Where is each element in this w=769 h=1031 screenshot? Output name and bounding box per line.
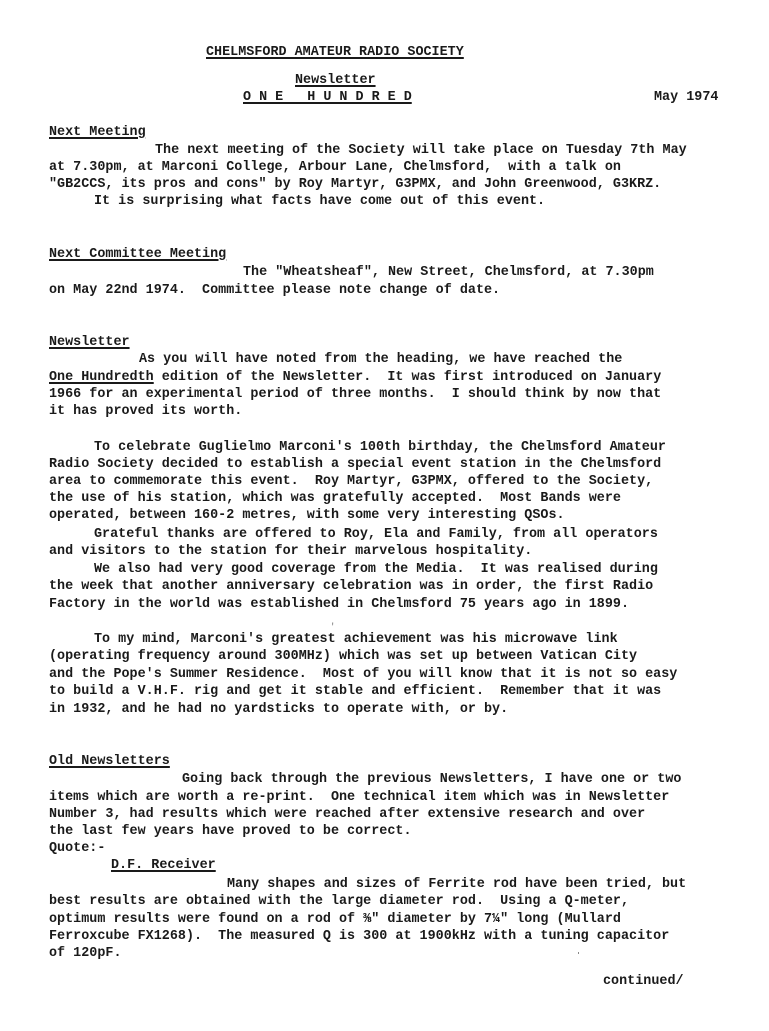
- text-line: best results are obtained with the large…: [49, 893, 629, 910]
- society-title: CHELMSFORD AMATEUR RADIO SOCIETY: [206, 44, 464, 61]
- newsletter-page: CHELMSFORD AMATEUR RADIO SOCIETY Newslet…: [0, 0, 769, 1031]
- text-line: on May 22nd 1974. Committee please note …: [49, 282, 500, 299]
- text-line: "GB2CCS, its pros and cons" by Roy Marty…: [49, 176, 661, 193]
- text-line: operated, between 160-2 metres, with som…: [49, 507, 565, 524]
- text-line: to build a V.H.F. rig and get it stable …: [49, 683, 661, 700]
- text-line: (operating frequency around 300MHz) whic…: [49, 648, 637, 665]
- text-line: The "Wheatsheaf", New Street, Chelmsford…: [243, 264, 654, 281]
- continued-label: continued/: [603, 973, 684, 990]
- text-line: One Hundredth edition of the Newsletter.…: [49, 369, 661, 386]
- text-line: and visitors to the station for their ma…: [49, 543, 532, 560]
- text-line: and the Pope's Summer Residence. Most of…: [49, 666, 677, 683]
- text-line: Many shapes and sizes of Ferrite rod hav…: [227, 876, 686, 893]
- issue-number: O N E H U N D R E D: [243, 89, 412, 106]
- text-line: the last few years have proved to be cor…: [49, 823, 412, 840]
- text-line: Grateful thanks are offered to Roy, Ela …: [94, 526, 658, 543]
- text-line: area to commemorate this event. Roy Mart…: [49, 473, 653, 490]
- section-heading-newsletter: Newsletter: [49, 334, 130, 351]
- section-heading-old-newsletters: Old Newsletters: [49, 753, 170, 770]
- subheading-df-receiver: D.F. Receiver: [111, 857, 216, 874]
- text-line: To my mind, Marconi's greatest achieveme…: [94, 631, 618, 648]
- text-line: Going back through the previous Newslett…: [182, 771, 681, 788]
- text-line: Number 3, had results which were reached…: [49, 806, 645, 823]
- text-line: items which are worth a re-print. One te…: [49, 789, 669, 806]
- issue-date: May 1974: [654, 89, 718, 106]
- text-line: in 1932, and he had no yardsticks to ope…: [49, 701, 508, 718]
- text-line: it has proved its worth.: [49, 403, 242, 420]
- text-line: The next meeting of the Society will tak…: [155, 142, 687, 159]
- text-line: optimum results were found on a rod of ⅜…: [49, 911, 621, 928]
- text-line: the week that another anniversary celebr…: [49, 578, 653, 595]
- text-fragment: edition of the Newsletter. It was first …: [162, 370, 661, 385]
- text-line: 1966 for an experimental period of three…: [49, 386, 661, 403]
- publication-title: Newsletter: [295, 72, 376, 89]
- text-line: As you will have noted from the heading,…: [139, 351, 622, 368]
- text-line: Factory in the world was established in …: [49, 596, 629, 613]
- text-line: Ferroxcube FX1268). The measured Q is 30…: [49, 928, 669, 945]
- text-line: Radio Society decided to establish a spe…: [49, 456, 661, 473]
- section-heading-next-meeting: Next Meeting: [49, 124, 146, 141]
- text-line: We also had very good coverage from the …: [94, 561, 658, 578]
- text-line: at 7.30pm, at Marconi College, Arbour La…: [49, 159, 621, 176]
- stray-mark: [578, 952, 579, 954]
- text-line: Quote:-: [49, 840, 105, 857]
- emphasis-one-hundredth: One Hundredth: [49, 370, 154, 385]
- text-line: To celebrate Guglielmo Marconi's 100th b…: [94, 439, 666, 456]
- text-line: It is surprising what facts have come ou…: [94, 193, 545, 210]
- text-line: the use of his station, which was gratef…: [49, 490, 621, 507]
- text-line: of 120pF.: [49, 945, 122, 962]
- section-heading-committee-meeting: Next Committee Meeting: [49, 246, 226, 263]
